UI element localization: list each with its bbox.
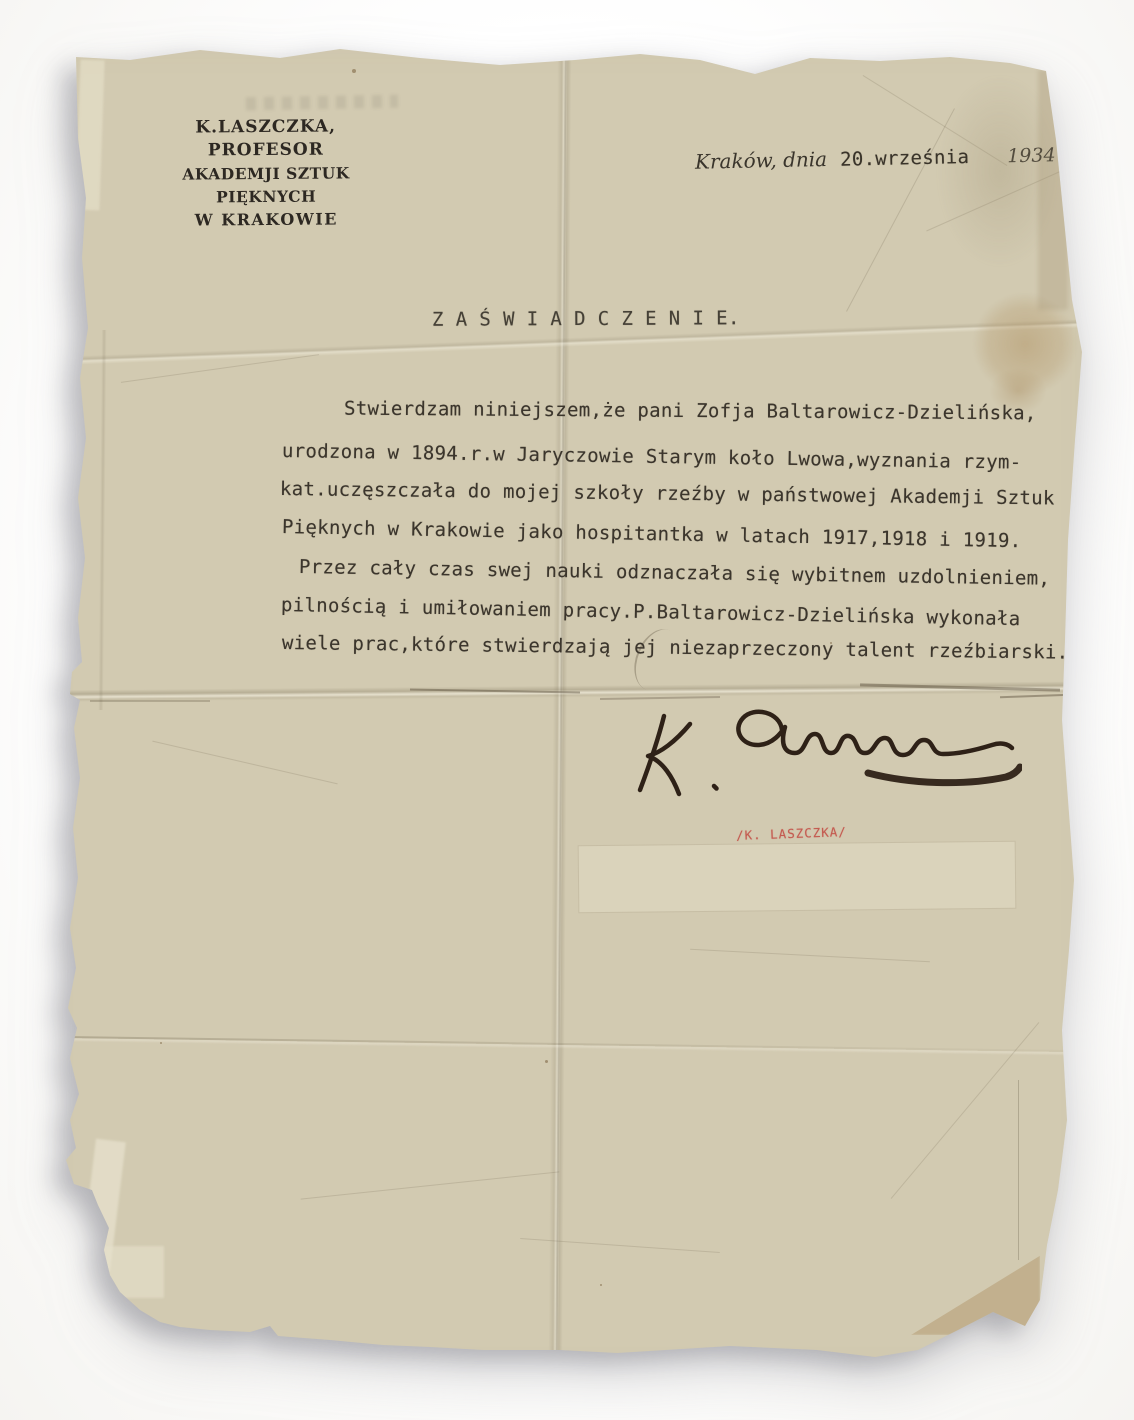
stain-right-edge — [958, 278, 1092, 410]
signature-flourish — [868, 767, 1020, 783]
torn-edge-highlight — [104, 1246, 164, 1298]
wrinkle-line — [846, 108, 955, 312]
crease-horizontal-middle — [66, 681, 1078, 702]
stain-bottom-right-corner — [890, 1245, 1040, 1335]
wrinkle-line — [863, 75, 1008, 166]
signature-stroke — [640, 716, 664, 790]
wrinkle-line — [690, 949, 930, 963]
signature-stroke — [648, 724, 690, 794]
body-line-5: Przez cały czas swej nauki odznaczała si… — [299, 556, 1051, 590]
body-line-1: Stwierdzam niniejszem,że pani Zofja Balt… — [344, 398, 1037, 425]
fold-scratch — [1000, 694, 1070, 698]
paper-speck — [830, 642, 832, 644]
ink-stamp: /K. LASZCZKA/ — [736, 824, 847, 843]
dateline-year: 1934 — [1007, 144, 1056, 167]
dateline-date: 20.września — [840, 146, 970, 171]
signature-stroke — [714, 786, 717, 789]
paper-shadow: K.LASZCZKA, PROFESOR AKADEMJI SZTUK PIĘK… — [0, 0, 1134, 1420]
fold-scratch — [410, 689, 580, 694]
wrinkle-line — [121, 354, 319, 383]
label-outline — [578, 841, 1017, 914]
folded-edge-band — [1038, 70, 1068, 310]
crease-vertical-center-line — [555, 60, 566, 1350]
fold-scratch — [90, 700, 210, 702]
wrinkle-line — [520, 1238, 720, 1253]
fold-scratch — [860, 683, 1060, 691]
letterhead-line3: W KRAKOWIE — [138, 207, 394, 232]
dateline: Kraków, dnia 20.września 1934 — [695, 142, 1056, 174]
paper-speck — [160, 1042, 162, 1044]
fold-scratch — [600, 696, 720, 700]
document-title: Z A Ś W I A D C Z E N I E. — [432, 307, 740, 331]
stain-right-edge-small — [982, 362, 1054, 420]
torn-edge-highlight — [80, 1139, 126, 1272]
handwritten-signature — [622, 700, 1022, 805]
crease-vertical-center — [548, 52, 571, 1357]
photo-background: K.LASZCZKA, PROFESOR AKADEMJI SZTUK PIĘK… — [0, 0, 1134, 1420]
paper-speck — [600, 1284, 602, 1286]
wrinkle-line — [926, 170, 1063, 232]
body-line-3: kat.uczęszczała do mojej szkoły rzeźby w… — [280, 478, 1055, 509]
ghost-imprint — [246, 95, 398, 111]
wrinkle-line — [891, 1022, 1040, 1199]
signature-stroke — [738, 712, 1012, 755]
wrinkle-line — [1018, 1080, 1019, 1260]
paper-speck — [545, 1060, 548, 1063]
letterhead: K.LASZCZKA, PROFESOR AKADEMJI SZTUK PIĘK… — [138, 115, 395, 232]
body-line-6: pilnością i umiłowaniem pracy.P.Baltarow… — [281, 594, 1021, 630]
crease-vertical-left — [98, 330, 106, 710]
letterhead-line1: K.LASZCZKA, PROFESOR — [138, 115, 394, 163]
crease-horizontal-upper — [70, 319, 1080, 365]
body-line-2: urodzona w 1894.r.w Jaryczowie Starym ko… — [282, 440, 1022, 474]
wrinkle-line — [301, 1171, 560, 1199]
wrinkle-line — [152, 741, 337, 785]
crease-horizontal-lower — [64, 1036, 1070, 1052]
letterhead-line2: AKADEMJI SZTUK PIĘKNYCH — [138, 161, 394, 209]
body-line-4: Pięknych w Krakowie jako hospitantka w l… — [282, 516, 1022, 552]
body-line-7: wiele prac,które stwierdzają jej niezapr… — [282, 632, 1069, 664]
paper-speck — [352, 69, 356, 73]
shading-top-right — [926, 58, 1074, 284]
torn-edge-highlight — [75, 60, 104, 211]
document-paper: K.LASZCZKA, PROFESOR AKADEMJI SZTUK PIĘK… — [0, 0, 1134, 1420]
dateline-place: Kraków, dnia — [695, 147, 828, 174]
pen-scratch-curl — [626, 622, 691, 698]
